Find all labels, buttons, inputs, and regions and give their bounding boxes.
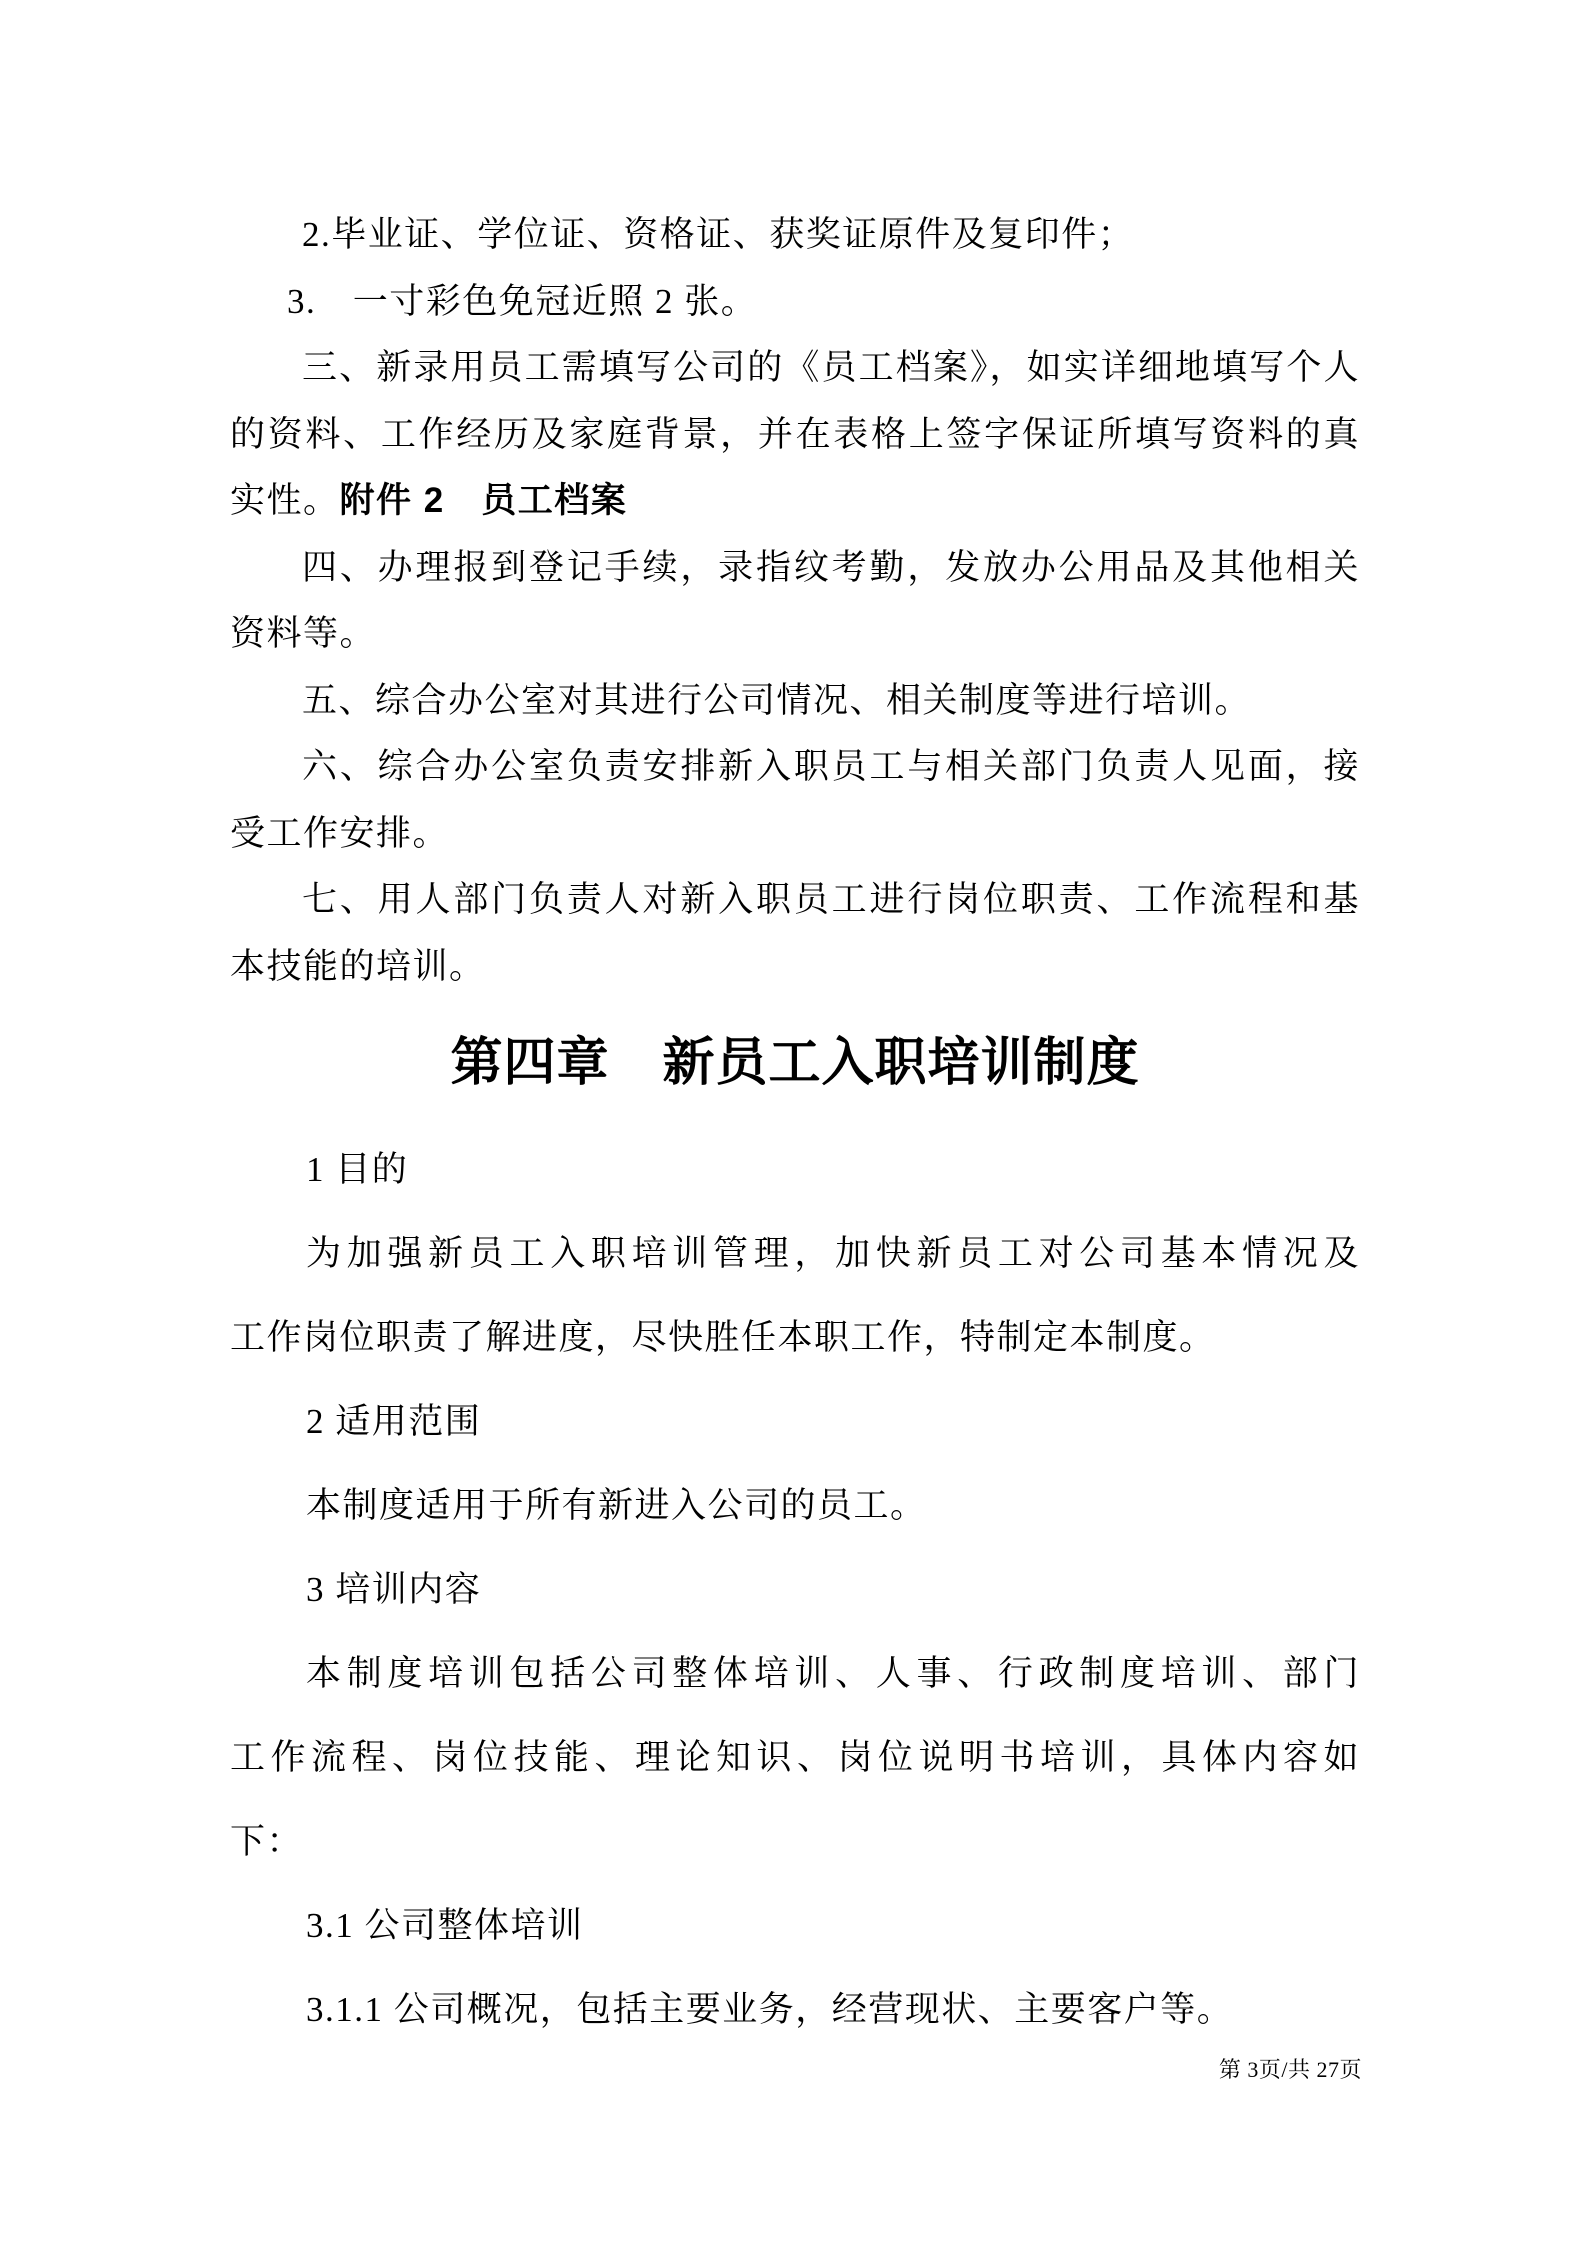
text-line: 3.1.1 公司概况，包括主要业务，经营现状、主要客户等。 bbox=[230, 1968, 1360, 2052]
text-line: 工作流程、岗位技能、理论知识、岗位说明书培训，具体内容如 bbox=[230, 1716, 1360, 1800]
text-line: 工作岗位职责了解进度，尽快胜任本职工作，特制定本制度。 bbox=[230, 1296, 1360, 1380]
text-line-with-attachment-ref: 实性。附件 2 员工档案 bbox=[230, 468, 1360, 535]
text-run: 实性。 bbox=[230, 481, 340, 520]
text-line: 本制度培训包括公司整体培训、人事、行政制度培训、部门 bbox=[230, 1632, 1360, 1716]
text-line: 下： bbox=[230, 1800, 1360, 1884]
chapter-heading: 第四章 新员工入职培训制度 bbox=[230, 1026, 1360, 1100]
text-line: 五、综合办公室对其进行公司情况、相关制度等进行培训。 bbox=[230, 668, 1360, 735]
text-line: 本制度适用于所有新进入公司的员工。 bbox=[230, 1464, 1360, 1548]
text-line: 七、用人部门负责人对新入职员工进行岗位职责、工作流程和基 bbox=[230, 867, 1360, 934]
text-line: 3. 一寸彩色免冠近照 2 张。 bbox=[230, 269, 1360, 336]
text-line: 2.毕业证、学位证、资格证、获奖证原件及复印件； bbox=[230, 202, 1360, 269]
document-page: 2.毕业证、学位证、资格证、获奖证原件及复印件； 3. 一寸彩色免冠近照 2 张… bbox=[0, 0, 1587, 2245]
clause-heading: 2 适用范围 bbox=[230, 1380, 1360, 1464]
text-line: 为加强新员工入职培训管理，加快新员工对公司基本情况及 bbox=[230, 1212, 1360, 1296]
clause-heading: 3 培训内容 bbox=[230, 1548, 1360, 1632]
page-number: 第 3页/共 27页 bbox=[1219, 2055, 1362, 2085]
clause-heading: 1 目的 bbox=[230, 1128, 1360, 1212]
section-training-system: 1 目的 为加强新员工入职培训管理，加快新员工对公司基本情况及 工作岗位职责了解… bbox=[230, 1128, 1360, 2052]
section-onboarding-procedures: 2.毕业证、学位证、资格证、获奖证原件及复印件； 3. 一寸彩色免冠近照 2 张… bbox=[230, 202, 1360, 1000]
text-line: 资料等。 bbox=[230, 601, 1360, 668]
text-line: 受工作安排。 bbox=[230, 801, 1360, 868]
text-line: 三、新录用员工需填写公司的《员工档案》，如实详细地填写个人 bbox=[230, 335, 1360, 402]
text-line: 四、办理报到登记手续，录指纹考勤，发放办公用品及其他相关 bbox=[230, 535, 1360, 602]
attachment-ref-bold: 附件 2 员工档案 bbox=[340, 481, 628, 520]
text-line: 本技能的培训。 bbox=[230, 934, 1360, 1001]
clause-heading: 3.1 公司整体培训 bbox=[230, 1884, 1360, 1968]
text-line: 六、综合办公室负责安排新入职员工与相关部门负责人见面，接 bbox=[230, 734, 1360, 801]
text-line: 的资料、工作经历及家庭背景，并在表格上签字保证所填写资料的真 bbox=[230, 402, 1360, 469]
